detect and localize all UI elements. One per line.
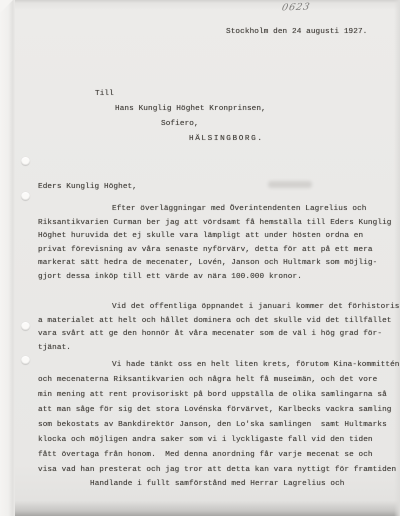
letter-line: gjort dessa inköp till ett värde av nära… (38, 271, 400, 285)
paragraph-2: Vid det offentliga öppnandet i januari k… (38, 301, 400, 355)
letter-line: Efter överläggningar med Överintendenten… (38, 203, 400, 217)
paragraph-3: Vi hade tänkt oss en helt liten krets, f… (38, 358, 400, 478)
letter-line: och mecenaterna Riksantikvarien och någr… (38, 373, 400, 388)
salutation: Eders Kunglig Höghet, (38, 181, 137, 195)
letter-line: vara svårt att ge den honnör åt våra mec… (38, 328, 400, 342)
letter-line: Höghet huruvida det ej skulle vara lämpl… (38, 230, 400, 244)
punch-hole (21, 322, 30, 331)
letter-line: som bekostats av Bankdirektör Janson, de… (38, 418, 400, 433)
letter-line: klocka och möjligen andra saker som vi i… (38, 433, 400, 448)
letter-line: Vi hade tänkt oss en helt liten krets, f… (38, 358, 400, 373)
paragraph-1: Efter överläggningar med Överintendenten… (38, 203, 400, 285)
letter-line: markerat sätt hedra de mecenater, Lovén,… (38, 257, 400, 271)
letter-line: a materialet att helt och hållet dominer… (38, 315, 400, 329)
letter-line: visa vad han presterat och jag tror att … (38, 463, 400, 478)
punch-hole (21, 157, 30, 166)
address-place: Sofiero, (161, 118, 199, 132)
address-recipient: Hans Kunglig Höghet Kronprinsen, (115, 103, 266, 117)
punch-hole (21, 192, 30, 201)
paper-left-edge (0, 0, 15, 516)
letter-line: Riksantikvarien Curman ber jag att vörds… (38, 217, 400, 231)
ink-smudge (268, 181, 312, 188)
letter-line: att man såge för sig det stora Lovénska … (38, 403, 400, 418)
letter-line: min mening att rent provisoriskt på bord… (38, 388, 400, 403)
letter-line: fått övertaga från honom. Med denna anor… (38, 448, 400, 463)
scanned-letter-page: 0623 Stockholm den 24 augusti 1927. Till… (0, 0, 400, 516)
letter-body: Efter överläggningar med Överintendenten… (38, 0, 400, 68)
letter-line: tjänat. (38, 342, 400, 356)
letter-line: Vid det offentliga öppnandet i januari k… (38, 301, 400, 315)
letter-line: privat förevisning av våra senaste nyför… (38, 244, 400, 258)
address-to: Till (95, 88, 114, 102)
closing-line: Handlande i fullt samförstånd med Herrar… (90, 478, 345, 492)
corner-crease (0, 0, 13, 13)
address-city: HÄLSINGBORG. (189, 133, 264, 147)
punch-hole (21, 356, 30, 365)
